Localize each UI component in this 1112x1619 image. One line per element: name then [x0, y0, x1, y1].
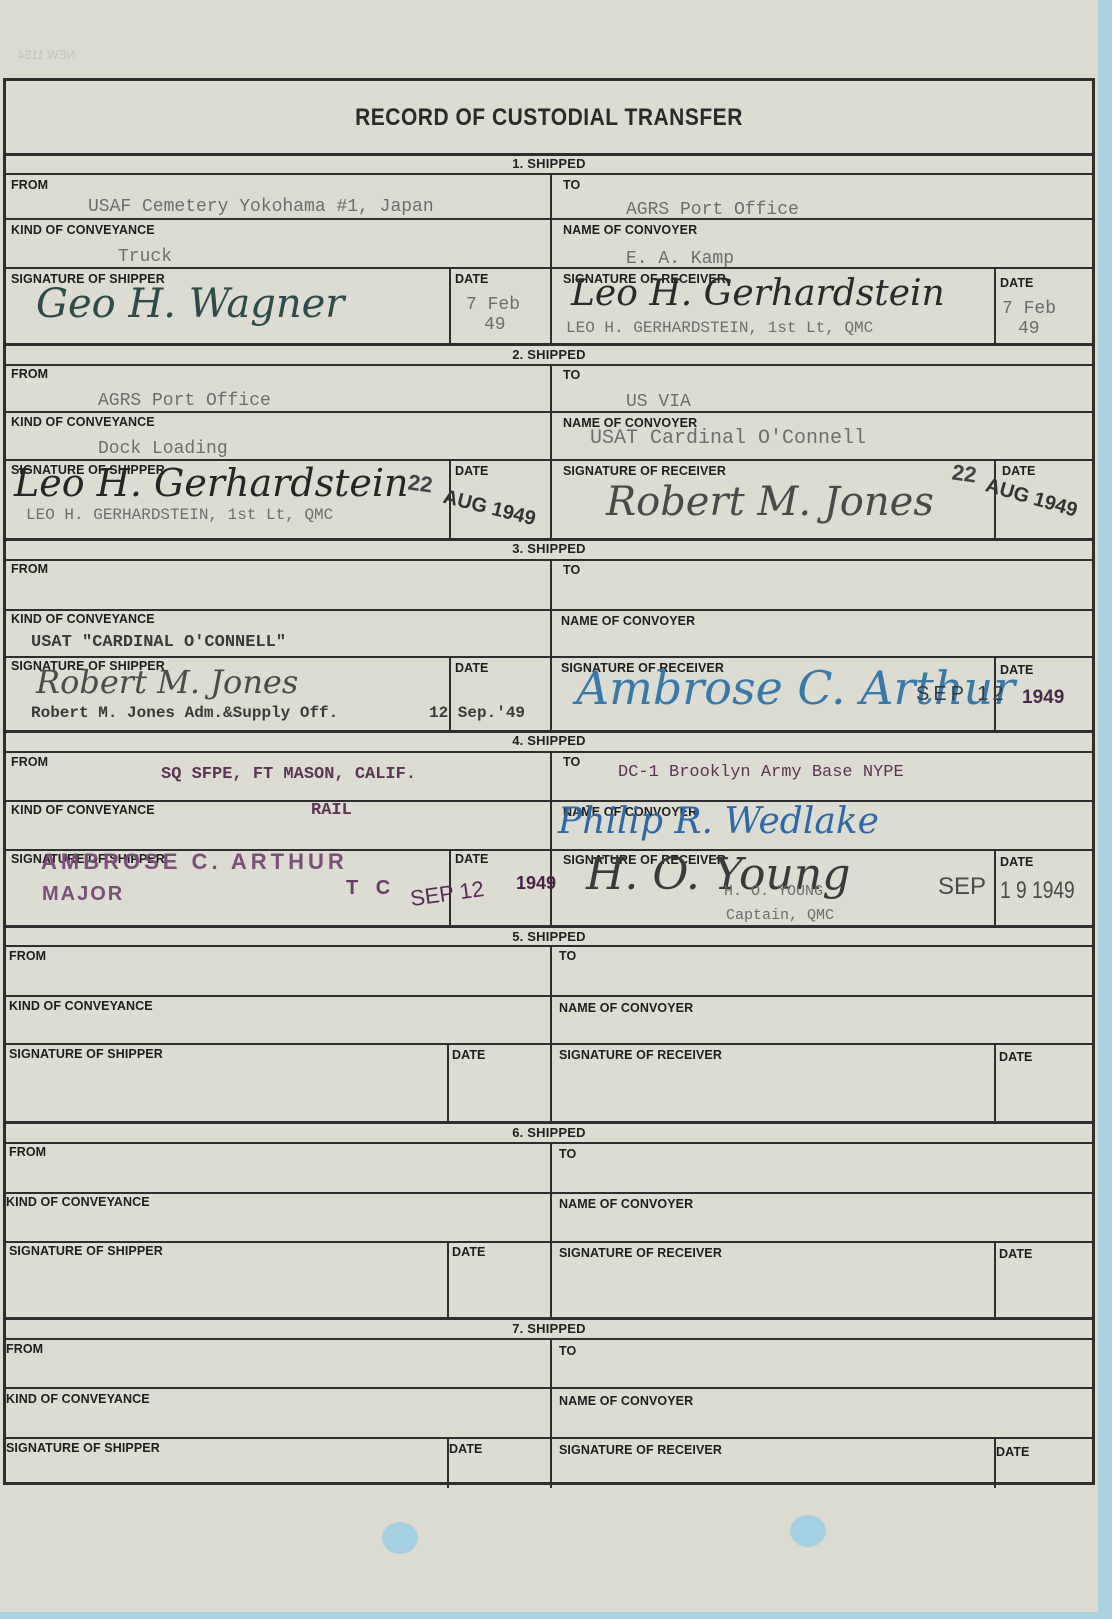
section-4-receiver-name: H. O. YOUNG	[724, 883, 823, 900]
section-2-receiver-date-day: 22	[950, 459, 978, 488]
section-2-shipper-signature: Leo H. Gerhardstein	[14, 461, 409, 505]
date-label: DATE	[455, 464, 489, 478]
date-label: DATE	[455, 852, 489, 866]
to-label: TO	[559, 949, 576, 963]
from-label: FROM	[11, 562, 48, 576]
section-3-receiver-date-year: 1949	[1022, 687, 1064, 709]
from-label: FROM	[11, 367, 48, 381]
section-4-heading: 4. SHIPPED	[6, 733, 1092, 748]
divider	[6, 945, 1092, 947]
signature-of-receiver-label: SIGNATURE OF RECEIVER	[559, 1443, 722, 1457]
document-page: NEW 1154 RECORD OF CUSTODIAL TRANSFER 1.…	[0, 0, 1098, 1612]
section-7-heading: 7. SHIPPED	[6, 1321, 1092, 1336]
from-label: FROM	[11, 178, 48, 192]
divider	[6, 1437, 1092, 1439]
date-label: DATE	[1000, 276, 1034, 290]
section-4-shipper-date-stamp: SEP 12	[409, 876, 486, 912]
section-4-conveyance: RAIL	[311, 801, 352, 820]
column-divider	[449, 267, 451, 343]
divider	[6, 1317, 1092, 1320]
section-1-shipper-date: 7 Feb	[466, 295, 520, 315]
section-1-receiver-name: LEO H. GERHARDSTEIN, 1st Lt, QMC	[566, 319, 873, 337]
to-label: TO	[559, 1147, 576, 1161]
section-3-shipper-name: Robert M. Jones Adm.&Supply Off.	[31, 704, 338, 722]
date-label: DATE	[1000, 663, 1034, 677]
column-divider	[550, 945, 552, 1121]
divider	[6, 559, 1092, 561]
section-2-shipper-date-day: 22	[406, 469, 434, 498]
date-label: DATE	[455, 661, 489, 675]
section-3-shipper-date: 12 Sep.'49	[429, 704, 525, 722]
column-divider	[550, 1338, 552, 1488]
column-divider	[550, 1142, 552, 1317]
column-divider	[550, 173, 552, 343]
section-4-shipper-stamp-name: AMBROSE C. ARTHUR	[41, 849, 348, 875]
section-1-receiver-date: 7 Feb	[1002, 299, 1056, 319]
section-2-convoyer: USAT Cardinal O'Connell	[590, 427, 866, 450]
section-1-heading: 1. SHIPPED	[6, 156, 1092, 171]
section-1-shipper-date-year: 49	[484, 315, 506, 335]
column-divider	[550, 364, 552, 538]
signature-of-receiver-label: SIGNATURE OF RECEIVER	[559, 1048, 722, 1062]
section-4-to: DC-1 Brooklyn Army Base NYPE	[618, 763, 904, 782]
divider	[6, 1241, 1092, 1243]
date-label: DATE	[1002, 464, 1036, 478]
section-2-shipper-name: LEO H. GERHARDSTEIN, 1st Lt, QMC	[26, 506, 333, 524]
signature-of-shipper-label: SIGNATURE OF SHIPPER	[9, 1244, 163, 1258]
section-4-receiver-date: 1 9 1949	[1000, 877, 1075, 905]
name-of-convoyer-label: NAME OF CONVOYER	[559, 1394, 693, 1408]
section-5-heading: 5. SHIPPED	[6, 929, 1092, 944]
divider	[6, 1338, 1092, 1340]
section-4-receiver-date-stamp: SEP	[938, 873, 986, 901]
punch-hole	[790, 1515, 826, 1547]
form-title: RECORD OF CUSTODIAL TRANSFER	[6, 75, 1092, 160]
section-4-shipper-stamp-branch: T C	[346, 877, 396, 900]
kind-of-conveyance-label: KIND OF CONVEYANCE	[6, 1392, 150, 1406]
column-divider	[994, 849, 996, 925]
divider	[6, 995, 1092, 997]
section-2-heading: 2. SHIPPED	[6, 347, 1092, 362]
bleed-through-text: NEW 1154	[18, 48, 75, 62]
date-label: DATE	[452, 1245, 486, 1259]
section-1-from: USAF Cemetery Yokohama #1, Japan	[88, 197, 434, 217]
divider	[6, 1043, 1092, 1045]
divider	[6, 609, 1092, 611]
section-3-shipper-signature: Robert M. Jones	[36, 663, 298, 701]
section-6-heading: 6. SHIPPED	[6, 1125, 1092, 1140]
section-2-to: US VIA	[626, 392, 691, 412]
column-divider	[994, 1241, 996, 1317]
to-label: TO	[563, 178, 580, 192]
divider	[6, 411, 1092, 413]
to-label: TO	[563, 755, 580, 769]
column-divider	[994, 1043, 996, 1121]
divider	[6, 173, 1092, 175]
section-2-receiver-date-stamp: AUG 1949	[983, 474, 1080, 522]
section-3-heading: 3. SHIPPED	[6, 541, 1092, 556]
kind-of-conveyance-label: KIND OF CONVEYANCE	[11, 223, 155, 237]
divider	[6, 267, 1092, 269]
kind-of-conveyance-label: KIND OF CONVEYANCE	[11, 415, 155, 429]
from-label: FROM	[11, 755, 48, 769]
section-2-receiver-signature: Robert M. Jones	[606, 479, 934, 525]
divider	[6, 1387, 1092, 1389]
from-label: FROM	[9, 949, 46, 963]
from-label: FROM	[9, 1145, 46, 1159]
name-of-convoyer-label: NAME OF CONVOYER	[561, 614, 695, 628]
to-label: TO	[559, 1344, 576, 1358]
name-of-convoyer-label: NAME OF CONVOYER	[559, 1001, 693, 1015]
kind-of-conveyance-label: KIND OF CONVEYANCE	[11, 612, 155, 626]
date-label: DATE	[999, 1050, 1033, 1064]
section-3-receiver-date-stamp: SEP 12	[916, 683, 1007, 706]
section-1-receiver-signature: Leo H. Gerhardstein	[571, 273, 945, 314]
kind-of-conveyance-label: KIND OF CONVEYANCE	[11, 803, 155, 817]
divider	[6, 364, 1092, 366]
section-4-receiver-title: Captain, QMC	[726, 907, 834, 924]
section-1-to: AGRS Port Office	[626, 200, 799, 220]
signature-of-receiver-label: SIGNATURE OF RECEIVER	[563, 464, 726, 478]
divider	[6, 751, 1092, 753]
divider	[6, 1192, 1092, 1194]
kind-of-conveyance-label: KIND OF CONVEYANCE	[6, 1195, 150, 1209]
divider	[6, 656, 1092, 658]
custodial-transfer-form: RECORD OF CUSTODIAL TRANSFER 1. SHIPPED …	[3, 78, 1095, 1485]
divider	[6, 1121, 1092, 1124]
section-1-conveyance: Truck	[118, 247, 172, 267]
date-label: DATE	[455, 272, 489, 286]
date-label: DATE	[999, 1247, 1033, 1261]
kind-of-conveyance-label: KIND OF CONVEYANCE	[9, 999, 153, 1013]
signature-of-shipper-label: SIGNATURE OF SHIPPER	[6, 1441, 160, 1455]
divider	[6, 925, 1092, 928]
column-divider	[447, 1043, 449, 1121]
punch-hole	[382, 1522, 418, 1554]
column-divider	[447, 1241, 449, 1317]
date-label: DATE	[449, 1442, 483, 1456]
signature-of-shipper-label: SIGNATURE OF SHIPPER	[9, 1047, 163, 1061]
date-label: DATE	[452, 1048, 486, 1062]
to-label: TO	[563, 368, 580, 382]
date-label: DATE	[1000, 855, 1034, 869]
divider	[6, 218, 1092, 220]
section-2-from: AGRS Port Office	[98, 391, 271, 411]
section-2-conveyance: Dock Loading	[98, 439, 228, 459]
column-divider	[994, 267, 996, 343]
divider	[6, 343, 1092, 346]
signature-of-receiver-label: SIGNATURE OF RECEIVER	[559, 1246, 722, 1260]
name-of-convoyer-label: NAME OF CONVOYER	[559, 1197, 693, 1211]
section-4-from: SQ SFPE, FT MASON, CALIF.	[161, 765, 416, 784]
name-of-convoyer-label: NAME OF CONVOYER	[563, 223, 697, 237]
section-1-shipper-signature: Geo H. Wagner	[36, 281, 344, 327]
section-3-conveyance: USAT "CARDINAL O'CONNELL"	[31, 633, 286, 652]
divider	[6, 800, 1092, 802]
section-4-shipper-date-year: 1949	[516, 873, 556, 894]
from-label: FROM	[6, 1342, 43, 1356]
section-4-convoyer-signature: Philip R. Wedlake	[558, 801, 879, 842]
section-1-convoyer: E. A. Kamp	[626, 249, 734, 269]
date-label: DATE	[996, 1445, 1030, 1459]
column-divider	[550, 559, 552, 730]
column-divider	[550, 751, 552, 925]
to-label: TO	[563, 563, 580, 577]
divider	[6, 1142, 1092, 1144]
section-4-shipper-stamp-rank: MAJOR	[42, 883, 124, 906]
section-2-shipper-date-stamp: AUG 1949	[441, 486, 538, 531]
section-1-receiver-date-year: 49	[1018, 319, 1040, 339]
